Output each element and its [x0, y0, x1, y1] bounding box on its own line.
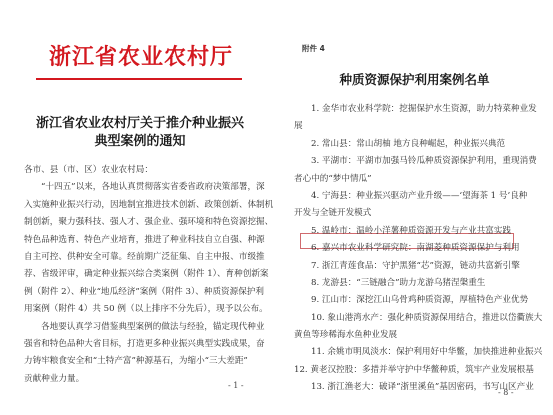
case-item-text: 3. 平湖市：平湖市加强马铃瓜种质资源保护利用，重现消费 — [294, 153, 542, 170]
case-item-10: 10. 象山港湾水产：强化种质资源保用结合，推进以岱衢族大 黄鱼等珍稀海水鱼种业… — [294, 310, 542, 345]
paragraph1-line: 入实施种业振兴行动，因地制宜推进技术创新、政策创新、体制机 — [24, 197, 273, 214]
case-item-text: 2. 常山县：常山胡柚 地方良种崛起，种业振兴典范 — [294, 136, 542, 153]
case-item-text: 展 — [294, 118, 542, 135]
case-item-11: 11. 余姚市明凤淡水：保护利用好中华鳖，加快推进种业振兴 — [294, 344, 542, 361]
paragraph1-line: 特色品种选育、特色产业培育，推进了种业科技自立自强、种源 — [24, 232, 273, 249]
paragraph2-line: 力铸牢粮食安全和“土特产富”种源基石，为缩小“三大差距” — [24, 353, 273, 370]
paragraph1-line: 制创新，聚力强科技、强人才、强企业、强环境和特色资源挖掘、 — [24, 214, 273, 231]
case-item-text: 9. 江山市：深挖江山乌骨鸡种质资源，厚植特色产业优势 — [294, 292, 542, 309]
case-item-text: 11. 余姚市明凤淡水：保护利用好中华鳖，加快推进种业振兴 — [294, 344, 542, 361]
case-item-text: 开发与全链开发模式 — [294, 205, 542, 222]
case-item-text: 1. 金华市农业科学院：挖掘保护水生资源，助力特菜种业发 — [294, 101, 542, 118]
case-item-text: 8. 龙游县：“三链融合”助力龙游乌猪涅槃重生 — [294, 275, 542, 292]
issuer-red-header: 浙江省农业农村厅 — [36, 43, 246, 71]
case-item-text: 5. 温岭市：温岭小洋薯种质资源开发与产业共富实践 — [294, 223, 542, 240]
paragraph1-line: 自主可控、供种安全可靠。经前期广泛征集、自主申报、市级推 — [24, 249, 273, 266]
page-number: - 1 - — [228, 381, 244, 390]
case-item-4: 4. 宁海县：种业振兴驱动产业升级——‘望海茶 1 号’良种 开发与全链开发模式 — [294, 188, 542, 223]
salutation: 各市、县（市、区）农业农村局： — [24, 162, 273, 179]
case-item-text: 12. 黄老汉控股：多措并举守护中华鳖种质，筑牢产业发展根基 — [294, 362, 542, 379]
case-item-1: 1. 金华市农业科学院：挖掘保护水生资源，助力特菜种业发 展 — [294, 101, 542, 136]
case-item-2: 2. 常山县：常山胡柚 地方良种崛起，种业振兴典范 — [294, 136, 542, 153]
paragraph1-line: 荐、省级评审，确定种业振兴综合类案例（附件 1）、育种创新案 — [24, 266, 273, 283]
notice-page-1: 浙江省农业农村厅 浙江省农业农村厅关于推介种业振兴 典型案例的通知 各市、县（市… — [0, 0, 276, 415]
attachment-label: 附件 4 — [302, 43, 325, 54]
notice-body: 各市、县（市、区）农业农村局： “十四五”以来，各地认真贯彻落实省委省政府决策部… — [24, 162, 273, 388]
case-list: 1. 金华市农业科学院：挖掘保护水生资源，助力特菜种业发 展 2. 常山县：常山… — [294, 101, 542, 397]
paragraph1-line: 用案例（附件 4）共 50 例（以上排序不分先后），现予以公布。 — [24, 301, 273, 318]
case-item-12: 12. 黄老汉控股：多措并举守护中华鳖种质，筑牢产业发展根基 — [294, 362, 542, 379]
case-item-5: 5. 温岭市：温岭小洋薯种质资源开发与产业共富实践 — [294, 223, 542, 240]
case-item-text: 6. 嘉兴市农业科学研究院：南湖菱种质资源保护与利用 — [294, 240, 542, 257]
document-title-line-1: 浙江省农业农村厅关于推介种业振兴 — [20, 115, 260, 133]
paragraph2-line: 强省和特色品种大省目标，打造更多种业振兴典型实践成果，奋 — [24, 336, 273, 353]
document-title-line-2: 典型案例的通知 — [20, 133, 260, 151]
case-item-3: 3. 平湖市：平湖市加强马铃瓜种质资源保护利用，重现消费 者心中的“梦中情瓜” — [294, 153, 542, 188]
case-list-title: 种质资源保护利用案例名单 — [276, 70, 553, 88]
case-item-text: 4. 宁海县：种业振兴驱动产业升级——‘望海茶 1 号’良种 — [294, 188, 542, 205]
case-item-text: 黄鱼等珍稀海水鱼种业发展 — [294, 327, 542, 344]
case-item-text: 10. 象山港湾水产：强化种质资源保用结合，推进以岱衢族大 — [294, 310, 542, 327]
page-number: - 8 - — [498, 388, 514, 397]
paragraph1-line: 例（附件 2）、种业“地瓜经济”案例（附件 3）、种质资源保护利 — [24, 284, 273, 301]
case-item-7: 7. 浙江青莲食品：守护黑猪“芯”资源，链动共富新引擎 — [294, 258, 542, 275]
paragraph2-line: 各地要认真学习借鉴典型案例的做法与经验，锚定现代种业 — [24, 319, 273, 336]
paragraph1-line: “十四五”以来，各地认真贯彻落实省委省政府决策部署，深 — [24, 179, 273, 196]
case-item-6-highlighted: 6. 嘉兴市农业科学研究院：南湖菱种质资源保护与利用 — [294, 240, 542, 257]
case-item-9: 9. 江山市：深挖江山乌骨鸡种质资源，厚植特色产业优势 — [294, 292, 542, 309]
case-item-text: 7. 浙江青莲食品：守护黑猪“芯”资源，链动共富新引擎 — [294, 258, 542, 275]
case-item-text: 者心中的“梦中情瓜” — [294, 171, 542, 188]
attachment-page-8: 附件 4 种质资源保护利用案例名单 1. 金华市农业科学院：挖掘保护水生资源，助… — [276, 0, 553, 415]
case-item-8: 8. 龙游县：“三链融合”助力龙游乌猪涅槃重生 — [294, 275, 542, 292]
red-divider-rule — [36, 78, 242, 80]
